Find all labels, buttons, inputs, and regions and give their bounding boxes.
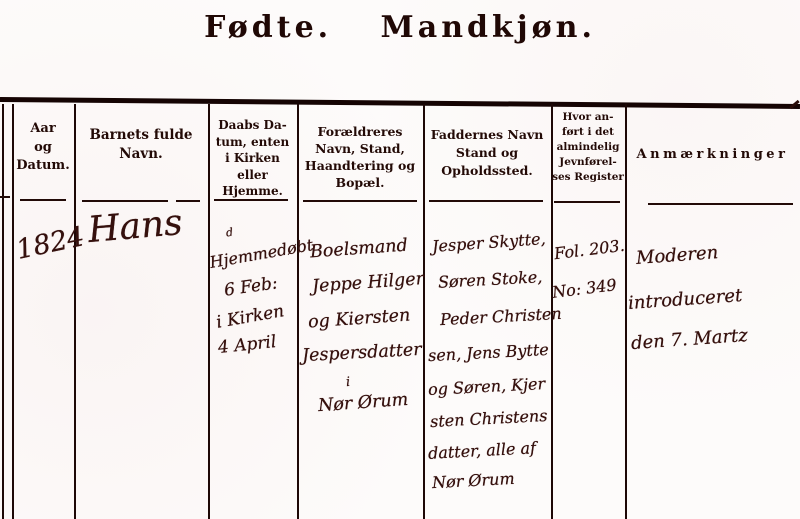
- entry-baptism-superscript: d: [225, 226, 234, 240]
- column-header-faddernes: Faddernes Navn Stand og Opholdssted.: [423, 126, 551, 180]
- entry-baptism-line: 4 April: [217, 332, 277, 358]
- entry-godparents-line: sen, Jens Bytte: [428, 340, 550, 365]
- page-title: Fødte. Mandkjøn.: [0, 10, 800, 45]
- header-line: Hjemme.: [208, 183, 297, 200]
- header-line: Navn, Stand,: [297, 140, 423, 157]
- column-line-7: [625, 104, 627, 519]
- entry-register-ref-line: No: 349: [551, 275, 617, 302]
- header-line: Anmærkninger: [625, 147, 800, 162]
- column-line-2: [74, 104, 76, 519]
- entry-parents-line: Nør Ørum: [317, 390, 409, 416]
- header-line: Jevnførel-: [551, 155, 625, 170]
- header-line: Forældreres: [297, 123, 423, 140]
- header-rule-outer: [0, 196, 10, 198]
- scanned-parish-register-page: Fødte. Mandkjøn. Aar og Datum. Barnets f…: [0, 0, 800, 519]
- column-header-daabs-datum: Daabs Da- tum, enten i Kirken eller Hjem…: [208, 117, 297, 200]
- entry-godparents-line: Jesper Skytte,: [431, 229, 546, 256]
- header-line: Opholdssted.: [423, 162, 551, 180]
- header-line: Barnets fulde: [74, 126, 208, 145]
- entry-godparents-line: datter, alle af: [428, 438, 537, 463]
- header-rule-aar: [20, 199, 66, 201]
- entry-godparents-line: Peder Christen: [440, 304, 563, 329]
- entry-year: 1824: [14, 221, 88, 266]
- header-line: Hvor an-: [551, 110, 625, 125]
- header-line: Faddernes Navn: [423, 126, 551, 144]
- header-line: Stand og: [423, 144, 551, 162]
- entry-parents-line: Boelsmand: [309, 236, 408, 263]
- entry-godparents-line: Søren Stoke,: [438, 267, 543, 291]
- header-rule-register: [554, 201, 620, 203]
- entry-remarks-line: introduceret: [627, 285, 743, 314]
- entry-parents-line: Jespersdatter: [302, 340, 423, 366]
- header-line: Navn.: [74, 145, 208, 164]
- entry-godparents-line: og Søren, Kjer: [428, 374, 546, 399]
- header-line: Daabs Da-: [208, 117, 297, 134]
- entry-parents-line: og Kiersten: [307, 305, 410, 332]
- entry-godparents-line: sten Christens: [430, 406, 548, 431]
- header-line: i Kirken eller: [208, 150, 297, 183]
- column-header-anmaerkninger: Anmærkninger: [625, 147, 800, 162]
- entry-remarks-line: Moderen: [635, 242, 719, 269]
- header-line: ses Register: [551, 170, 625, 185]
- header-line: Bopæl.: [297, 174, 423, 191]
- header-rule-navn: [82, 200, 168, 202]
- column-header-foraeldreres: Forældreres Navn, Stand, Haandtering og …: [297, 123, 423, 191]
- column-header-barnets-navn: Barnets fulde Navn.: [74, 126, 208, 164]
- header-rule-foraeldre: [303, 200, 417, 202]
- header-line: almindelig: [551, 140, 625, 155]
- entry-remarks-line: den 7. Martz: [630, 325, 748, 354]
- entry-parents-line: Jeppe Hilger: [311, 269, 424, 297]
- entry-parents-line: i: [345, 375, 350, 390]
- table-top-border: [0, 97, 800, 109]
- header-line: ført i det: [551, 125, 625, 140]
- header-rule-daab: [214, 199, 288, 201]
- header-line: og: [12, 139, 74, 158]
- entry-godparents-line: Nør Ørum: [432, 469, 515, 492]
- header-rule-faddere: [429, 200, 543, 202]
- entry-baptism-line: 6 Feb:: [223, 273, 279, 300]
- header-line: tum, enten: [208, 134, 297, 151]
- header-line: Aar: [12, 120, 74, 139]
- header-line: Haandtering og: [297, 157, 423, 174]
- entry-child-name: Hans: [86, 202, 184, 251]
- entry-baptism-line: i Kirken: [215, 301, 286, 333]
- column-line-outer-left: [2, 104, 4, 519]
- header-rule-anm: [648, 203, 793, 205]
- entry-register-ref-line: Fol. 203.: [553, 236, 626, 263]
- column-header-aar-og-datum: Aar og Datum.: [12, 120, 74, 176]
- header-line: Datum.: [12, 157, 74, 176]
- column-header-jevnfoerelses-register: Hvor an- ført i det almindelig Jevnførel…: [551, 110, 625, 185]
